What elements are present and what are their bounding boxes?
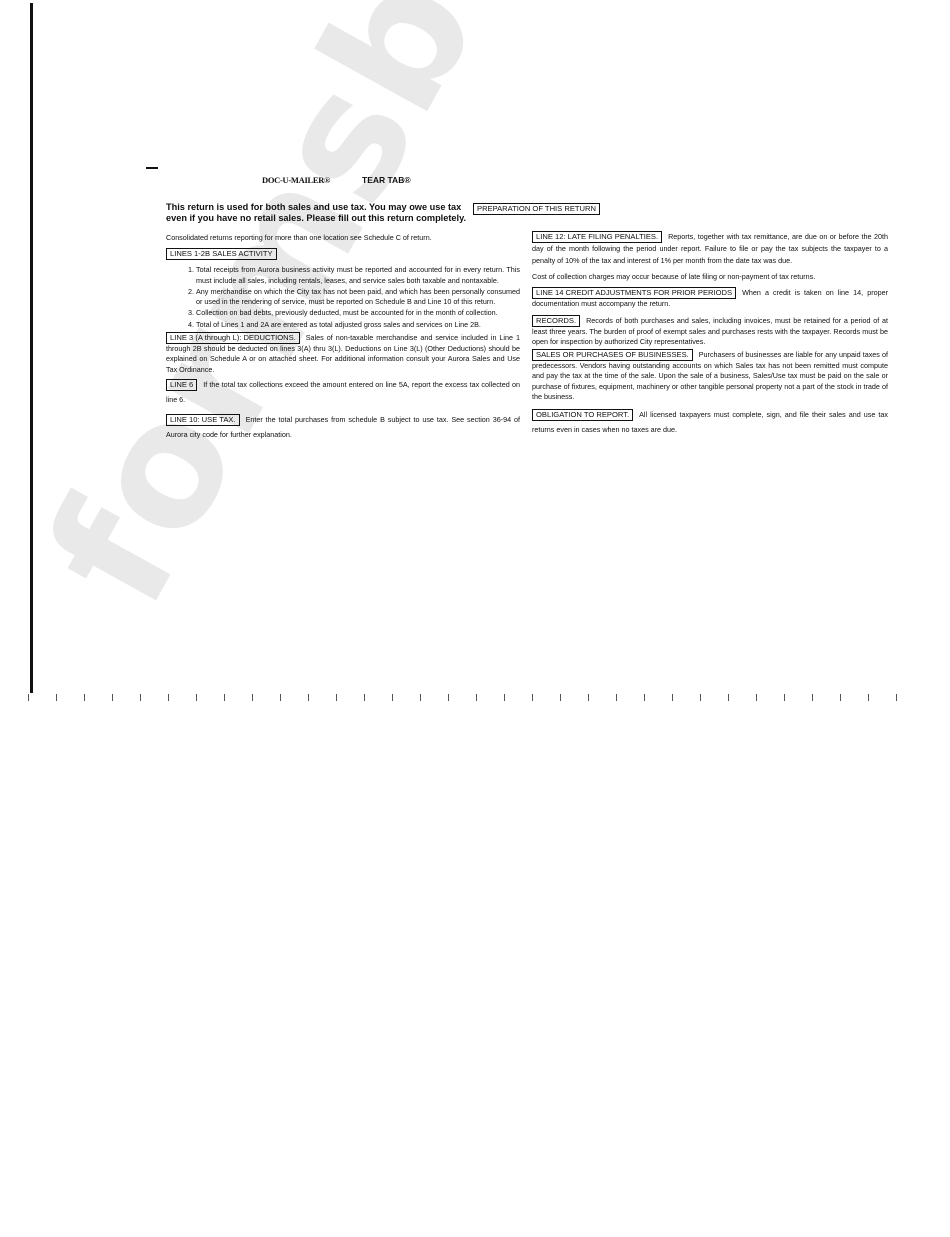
section-sales-purchases: SALES OR PURCHASES OF BUSINESSES.Purchas… [532, 349, 888, 402]
list-item: Any merchandise on which the City tax ha… [196, 287, 520, 308]
consolidated-note: Consolidated returns reporting for more … [166, 233, 520, 243]
line-12-heading: LINE 12: LATE FILING PENALTIES. [532, 231, 662, 243]
section-line-6: LINE 6If the total tax collections excee… [166, 377, 520, 407]
doc-u-mailer-label: DOC-U-MAILER® [262, 175, 330, 185]
section-lines-1-2b: LINES 1-2B SALES ACTIVITY Total receipts… [166, 248, 520, 330]
sales-activity-list: Total receipts from Aurora business acti… [166, 265, 520, 330]
section-line-14: LINE 14 CREDIT ADJUSTMENTS FOR PRIOR PER… [532, 287, 888, 309]
section-obligation: OBLIGATION TO REPORT.All licensed taxpay… [532, 407, 888, 437]
line-10-heading: LINE 10: USE TAX. [166, 414, 240, 426]
list-item: Collection on bad debts, previously dedu… [196, 308, 520, 318]
list-item: Total of Lines 1 and 2A are entered as t… [196, 320, 520, 330]
preparation-heading: PREPARATION OF THIS RETURN [473, 203, 600, 215]
lines-1-2b-heading: LINES 1-2B SALES ACTIVITY [166, 248, 277, 260]
collection-cost-note: Cost of collection charges may occur bec… [532, 272, 888, 282]
section-line-3: LINE 3 (A through L): DEDUCTIONS.Sales o… [166, 332, 520, 375]
obligation-heading: OBLIGATION TO REPORT. [532, 409, 633, 421]
section-line-10: LINE 10: USE TAX.Enter the total purchas… [166, 412, 520, 442]
tear-tab-label: TEAR TAB® [362, 175, 411, 185]
list-item: Total receipts from Aurora business acti… [196, 265, 520, 286]
left-column: Consolidated returns reporting for more … [166, 233, 520, 447]
line-6-heading: LINE 6 [166, 379, 197, 391]
records-heading: RECORDS. [532, 315, 580, 327]
line-14-heading: LINE 14 CREDIT ADJUSTMENTS FOR PRIOR PER… [532, 287, 736, 299]
line-6-text: If the total tax collections exceed the … [166, 380, 520, 404]
instructions-page: DOC-U-MAILER® TEAR TAB® This return is u… [0, 0, 950, 1237]
section-line-12: LINE 12: LATE FILING PENALTIES.Reports, … [532, 231, 888, 267]
intro-notice: This return is used for both sales and u… [166, 202, 476, 224]
records-text: Records of both purchases and sales, inc… [532, 316, 888, 346]
section-records: RECORDS.Records of both purchases and sa… [532, 315, 888, 348]
line-3-heading: LINE 3 (A through L): DEDUCTIONS. [166, 332, 300, 344]
sales-purchases-heading: SALES OR PURCHASES OF BUSINESSES. [532, 349, 693, 361]
right-column: LINE 12: LATE FILING PENALTIES.Reports, … [532, 231, 888, 442]
